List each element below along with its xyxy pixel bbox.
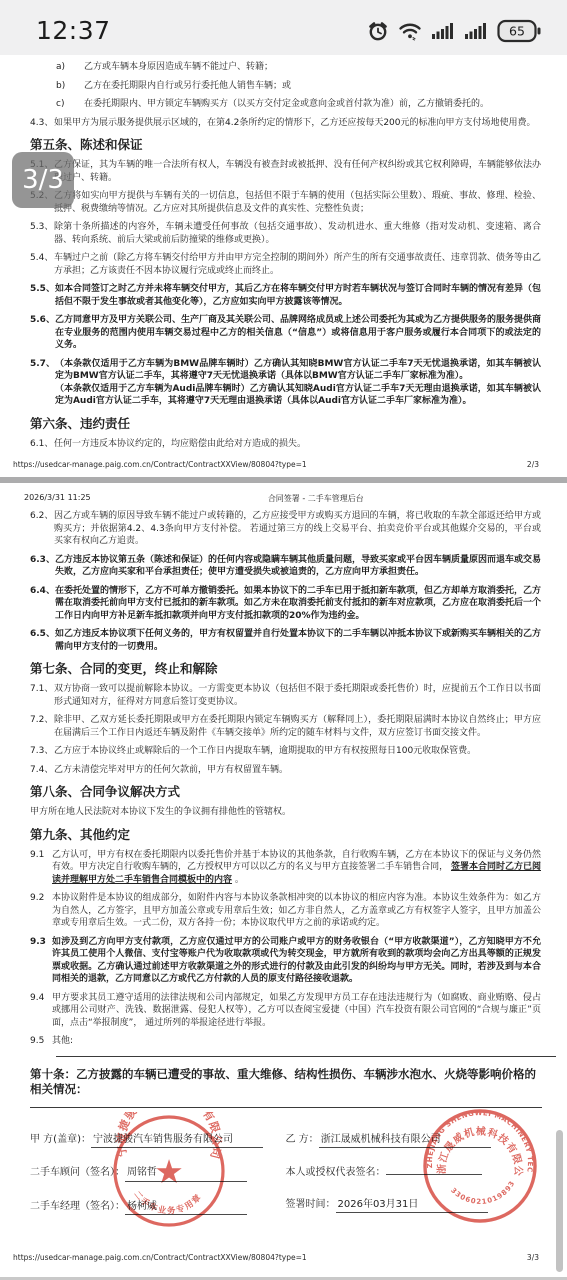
clause-5-1: 5.1、 乙方保证，其为车辆的唯一合法所有权人，车辆没有被查封或被抵押、没有任何… — [30, 159, 541, 184]
clause-7-3: 7.3、 乙方应于本协议终止或解除后的一个工作日内提取车辆，逾期提取的甲方有权按… — [30, 745, 541, 758]
page-2-footer: https://usedcar-manage.paig.com.cn/Contr… — [0, 460, 567, 469]
list-label: a) — [56, 61, 84, 74]
status-bar: 12:37 — [0, 0, 567, 55]
cellular-signal-icon-2 — [464, 21, 488, 41]
contract-page-2: a) 乙方或车辆本身原因造成车辆不能过户、转籍； b) 乙方在委托期限内自行或另… — [0, 55, 567, 450]
clause-9-2: 9.2 本协议附件是本协议的组成部分，如附件内容与本协议条款相冲突的以本协议的相… — [30, 892, 541, 930]
list-item-a: a) 乙方或车辆本身原因造成车辆不能过户、转籍； — [56, 61, 541, 74]
clause-5-7-bmw: （本条款仅适用于乙方车辆为BMW品牌车辆时）乙方确认其知晓BMW官方认证二手车7… — [55, 358, 541, 383]
clause-4-3: 4.3、 如果甲方为展示服务提供展示区域的，在第4.2条所约定的情形下，乙方还应… — [30, 117, 541, 130]
clause-5-2: 5.2、 乙方将如实向甲方提供与车辆有关的一切信息，包括但不限于车辆的使用（包括… — [30, 190, 541, 215]
representative-label: 本人或授权代表签名： — [286, 1167, 386, 1178]
blank-fill-line — [56, 1056, 556, 1057]
page-3-header: 2026/3/31 11:25 合同签署 - 二手车管理后台 — [0, 493, 567, 504]
list-text: 乙方或车辆本身原因造成车辆不能过户、转籍； — [84, 61, 273, 74]
page-3-footer-url: https://usedcar-manage.paig.com.cn/Contr… — [13, 1253, 307, 1262]
clause-9-5: 9.5 其他: — [30, 1035, 541, 1048]
party-a-company-seal: 宁波捷骏汽车销售服务有限公司 ★ 二手车业务专用章 — [110, 1112, 228, 1230]
alarm-icon — [367, 20, 389, 42]
section-10-heading: 第十条：乙方披露的车辆已遭受的事故、重大维修、结构性损伤、车辆涉水泡水、火烧等影… — [30, 1067, 541, 1097]
page-2-page-number: 2/3 — [527, 460, 539, 469]
page-position-badge: 3/3 — [12, 152, 74, 208]
section-7-heading: 第七条、合同的变更，终止和解除 — [30, 661, 541, 676]
cellular-signal-icon-1 — [431, 21, 455, 41]
battery-icon: 65 — [497, 19, 541, 43]
party-b-label: 乙 方： — [286, 1134, 319, 1145]
clause-6-3: 6.3、 乙方违反本协议第五条（陈述和保证）的任何内容或隐瞒车辆其他质量问题，导… — [30, 554, 541, 579]
clause-5-5: 5.5、 如本合同签订之时乙方并未将车辆交付甲方，其后乙方在将车辆交付甲方时若车… — [30, 283, 541, 308]
document-title: 合同签署 - 二手车管理后台 — [91, 493, 541, 504]
print-timestamp: 2026/3/31 11:25 — [24, 493, 91, 504]
vertical-scrollbar[interactable] — [556, 1130, 563, 1272]
clause-7-4: 7.4、 乙方未清偿完毕对甲方的任何欠款前，甲方有权留置车辆。 — [30, 764, 541, 777]
party-b-company-seal: ZHEJIANG SHENGWEI MACHINERY TECHNOLOGY C… — [420, 1106, 540, 1226]
clause-9-1-end: 。 — [232, 875, 244, 885]
clause-7-2: 7.2、 除非甲、乙双方延长委托期限或甲方在委托期限内锁定车辆购买方（解释同上）… — [30, 714, 541, 739]
svg-text:二手车业务专用章: 二手车业务专用章 — [131, 1190, 204, 1217]
battery-percent: 65 — [509, 23, 525, 38]
list-label: b) — [56, 80, 84, 93]
page-3-page-number: 3/3 — [527, 1253, 539, 1262]
list-item-c: c) 在委托期限内、甲方锁定车辆购买方（以买方交付定金或意向金或首付款为准）前，… — [56, 98, 541, 111]
list-text: 在委托期限内、甲方锁定车辆购买方（以买方交付定金或意向金或首付款为准）前，乙方撤… — [84, 98, 489, 111]
clause-6-1: 6.1、 任何一方违反本协议约定的，均应赔偿由此给对方造成的损失。 — [30, 438, 541, 451]
clause-9-1: 9.1 乙方认可，甲方有权在委托期限内以委托售价并基于本协议的其他条款，自行收购… — [30, 849, 541, 887]
clause-6-2: 6.2、 因乙方或车辆的原因导致车辆不能过户或转籍的，乙方应接受甲方或购买方退回… — [30, 510, 541, 548]
section-8-heading: 第八条、合同争议解决方式 — [30, 784, 541, 799]
clock-time: 12:37 — [36, 16, 111, 45]
clause-9-4: 9.4 甲方要求其员工遵守适用的法律法规和公司内部规定，如果乙方发现甲方员工存在… — [30, 992, 541, 1030]
list-item-b: b) 乙方在委托期限内自行或另行委托他人销售车辆；或 — [56, 80, 541, 93]
list-label: c) — [56, 98, 84, 111]
clause-9-3: 9.3 如涉及到乙方向甲方支付款项，乙方应仅通过甲方的公司账户或甲方的财务收银台… — [30, 936, 541, 986]
section-9-heading: 第九条、其他约定 — [30, 827, 541, 842]
page-break-divider — [0, 477, 567, 483]
section-6-heading: 第六条、违约责任 — [30, 416, 541, 431]
clause-5-6: 5.6、 乙方同意甲方及甲方关联公司、生产厂商及其关联公司、品牌网络成员或上述公… — [30, 314, 541, 352]
list-text: 乙方在委托期限内自行或另行委托他人销售车辆；或 — [84, 80, 291, 93]
wifi-icon — [398, 21, 422, 41]
section-5-heading: 第五条、陈述和保证 — [30, 137, 541, 152]
clause-5-7-audi: （本条款仅适用于乙方车辆为Audi品牌车辆时）乙方确认其知晓Audi官方认证二手… — [55, 383, 541, 408]
seal-a-star-icon: ★ — [154, 1152, 184, 1191]
clause-5-7: 5.7、 （本条款仅适用于乙方车辆为BMW品牌车辆时）乙方确认其知晓BMW官方认… — [30, 358, 541, 408]
clause-7-1: 7.1、 双方协商一致可以提前解除本协议。一方需变更本协议（包括但不限于委托期限… — [30, 683, 541, 708]
seal-a-bottom-text: 二手车业务专用章 — [131, 1190, 204, 1217]
page-3-footer: https://usedcar-manage.paig.com.cn/Contr… — [0, 1253, 567, 1262]
sign-date-label: 签署时间： — [286, 1199, 336, 1210]
status-icons: 65 — [367, 19, 541, 43]
clause-5-4: 5.4、 车辆过户之前（除乙方将车辆交付给甲方并由甲方完全控制的期间外）所产生的… — [30, 252, 541, 277]
clause-6-4: 6.4、 在委托处置的情形下，乙方不可单方撤销委托。如果本协议下的二手车已用于抵… — [30, 585, 541, 623]
clause-5-3: 5.3、 除第十条所描述的内容外，车辆未遭受任何事故（包括交通事故）、发动机进水… — [30, 221, 541, 246]
page-2-footer-url: https://usedcar-manage.paig.com.cn/Contr… — [13, 460, 307, 469]
clause-6-5: 6.5、 如乙方违反本协议项下任何义务的，甲方有权留置并自行处置本协议下的二手车… — [30, 628, 541, 653]
party-a-label: 甲 方(盖章)： — [30, 1134, 91, 1145]
section-8-text: 甲方所在地人民法院对本协议下发生的争议拥有排他性的管辖权。 — [30, 806, 541, 819]
